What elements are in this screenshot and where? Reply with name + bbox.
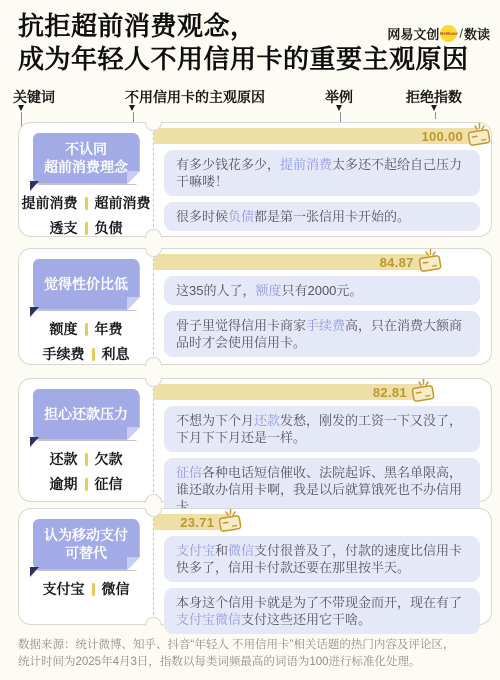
keyword-list: 支付宝微信 [43, 579, 130, 599]
source-line-2: 统计时间为2025年4月3日，指数以每类词频最高的词语为100进行标准化处理。 [18, 656, 421, 668]
keyword: 逾期 [50, 474, 78, 494]
keyword-row: 额度年费 [50, 319, 123, 339]
keyword-row: 支付宝微信 [43, 579, 130, 599]
quote-text: 支付这些还用它干啥。 [241, 612, 371, 627]
example-quote: 本身这个信用卡就是为了不带现金而开，现在有了支付宝微信支付这些还用它干啥。 [164, 588, 480, 634]
keyword: 利息 [102, 344, 130, 364]
example-zone: 23.71 支付宝和微信支付 [154, 509, 491, 634]
quote-text: 有多少钱花多少， [176, 157, 280, 172]
reason-card: 认为移动支付可替代 支付宝微信 23.71 [18, 508, 492, 625]
reason-label: 觉得性价比低 [33, 259, 139, 309]
dashed-divider [153, 132, 154, 227]
index-bar: 84.87 [154, 254, 431, 270]
brand-suffix: 数读 [464, 24, 490, 43]
keyword-zone: 不认同超前消费理念 提前消费超前消费透支负债 [19, 123, 153, 236]
index-bar: 82.81 [154, 384, 424, 400]
connector-index-line [435, 112, 436, 119]
reason-card: 觉得性价比低 额度年费手续费利息 84.87 [18, 248, 492, 365]
keyword: 提前消费 [22, 193, 78, 213]
keyword-row: 透支负债 [50, 218, 123, 238]
reason-label-text: 不认同超前消费理念 [44, 140, 128, 176]
reason-label-text: 觉得性价比低 [44, 275, 128, 293]
keyword: 手续费 [43, 344, 85, 364]
quote-text: 都是第一张信用卡开始的。 [254, 209, 410, 224]
page-title: 抗拒超前消费观念，成为年轻人不用信用卡的重要主观原因 [18, 10, 469, 76]
index-bar: 100.00 [154, 128, 480, 144]
column-header-keywords: 关键词 [13, 87, 55, 107]
example-bubbles: 不想为下个月还款发愁，刚发的工资一下又没了，下月下下月还是一样。征信各种电话短信… [154, 406, 480, 521]
example-quote: 支付宝和微信支付很普及了，付款的速度比信用卡快多了，信用卡付款还要在那里按半天。 [164, 536, 480, 582]
keyword-separator [85, 323, 88, 336]
page-curl-icon [127, 297, 140, 310]
dashed-divider [153, 388, 154, 492]
column-header-reasons: 不用信用卡的主观原因 [125, 87, 265, 107]
keyword-list: 还款欠款逾期征信 [50, 449, 123, 494]
keyword-separator [85, 197, 88, 210]
example-quote: 这35的人了，额度只有2000元。 [164, 276, 480, 305]
example-zone: 100.00 有多少钱花多少 [154, 123, 491, 231]
reason-label: 认为移动支付可替代 [33, 519, 139, 569]
keyword-list: 提前消费超前消费透支负债 [22, 193, 151, 238]
quote-text: 骨子里觉得信用卡商家 [176, 318, 306, 333]
keyword-zone: 担心还款压力 还款欠款逾期征信 [19, 379, 153, 501]
example-quote: 不想为下个月还款发愁，刚发的工资一下又没了，下月下下月还是一样。 [164, 406, 480, 452]
keyword: 负债 [95, 218, 123, 238]
keyword-row: 手续费利息 [43, 344, 130, 364]
quote-text: 和 [215, 543, 228, 558]
column-header-examples: 举例 [325, 87, 353, 107]
index-bar-track: 82.81 [154, 384, 480, 400]
ticket-notch-bottom [145, 357, 162, 366]
example-quote: 有多少钱花多少，提前消费太多还不起给自己压力干嘛喽！ [164, 150, 480, 196]
title-line-1: 抗拒超前消费观念， [18, 11, 257, 41]
keyword: 征信 [95, 474, 123, 494]
reason-card: 担心还款压力 还款欠款逾期征信 82.81 [18, 378, 492, 502]
index-bar-track: 23.71 [154, 514, 480, 530]
keyword-list: 额度年费手续费利息 [43, 319, 130, 364]
keyword-zone: 觉得性价比低 额度年费手续费利息 [19, 249, 153, 364]
keyword: 微信 [102, 579, 130, 599]
infographic-page: 抗拒超前消费观念，成为年轻人不用信用卡的重要主观原因 网易文创 NetEase … [0, 0, 500, 680]
quote-text: 不想为下个月 [176, 413, 254, 428]
highlighted-keyword: 支付宝微信 [176, 612, 241, 627]
reason-label-text: 认为移动支付可替代 [44, 526, 128, 562]
example-bubbles: 支付宝和微信支付很普及了，付款的速度比信用卡快多了，信用卡付款还要在那里按半天。… [154, 536, 480, 634]
discarded-credit-card-icon [464, 119, 494, 146]
reason-label: 担心还款压力 [33, 389, 139, 439]
down-triangle-marker [336, 105, 342, 111]
highlighted-keyword: 负债 [228, 209, 254, 224]
page-curl-icon [127, 171, 140, 184]
highlighted-keyword: 还款 [254, 413, 280, 428]
keyword-row: 逾期征信 [50, 474, 123, 494]
example-bubbles: 这35的人了，额度只有2000元。骨子里觉得信用卡商家手续费高，只在消费大额商品… [154, 276, 480, 357]
dashed-divider [153, 258, 154, 355]
column-header-index: 拒绝指数 [406, 87, 462, 107]
example-zone: 82.81 不想为下个月还款 [154, 379, 491, 521]
keyword: 透支 [50, 218, 78, 238]
reason-label: 不认同超前消费理念 [33, 133, 139, 183]
title-line-2: 成为年轻人不用信用卡的重要主观原因 [18, 44, 469, 74]
keyword-row: 还款欠款 [50, 449, 123, 469]
keyword: 欠款 [95, 449, 123, 469]
highlighted-keyword: 支付宝 [176, 543, 215, 558]
highlighted-keyword: 微信 [228, 543, 254, 558]
page-curl-icon [127, 557, 140, 570]
discarded-credit-card-icon [415, 245, 445, 272]
discarded-credit-card-icon [215, 505, 245, 532]
down-triangle-marker [431, 105, 437, 111]
logo-slash: / [459, 26, 463, 41]
highlighted-keyword: 征信 [176, 465, 202, 480]
index-bar-track: 84.87 [154, 254, 480, 270]
source-line-1: 数据来源：统计微博、知乎、抖音“年轻人 不用信用卡”相关话题的热门内容及评论区， [18, 639, 454, 651]
keyword: 年费 [95, 319, 123, 339]
brand-name: 网易文创 [387, 24, 439, 43]
example-zone: 84.87 这35的人了，额 [154, 249, 491, 357]
keyword: 支付宝 [43, 579, 85, 599]
example-bubbles: 有多少钱花多少，提前消费太多还不起给自己压力干嘛喽！很多时候负债都是第一张信用卡… [154, 150, 480, 231]
keyword-separator [85, 453, 88, 466]
highlighted-keyword: 手续费 [306, 318, 345, 333]
quote-text: 本身这个信用卡就是为了不带现金而开，现在有了 [176, 595, 462, 610]
example-quote: 很多时候负债都是第一张信用卡开始的。 [164, 202, 480, 231]
brand-logo: 网易文创 NetEase / 数读 [387, 24, 490, 43]
index-bar: 23.71 [154, 514, 231, 530]
keyword-zone: 认为移动支付可替代 支付宝微信 [19, 509, 153, 624]
reason-label-text: 担心还款压力 [44, 405, 128, 423]
keyword-separator [85, 478, 88, 491]
keyword: 额度 [50, 319, 78, 339]
quote-text: 很多时候 [176, 209, 228, 224]
example-quote: 骨子里觉得信用卡商家手续费高，只在消费大额商品时才会使用信用卡。 [164, 311, 480, 357]
quote-text: 这35的人了， [176, 283, 255, 298]
dashed-divider [153, 518, 154, 615]
data-source-note: 数据来源：统计微博、知乎、抖音“年轻人 不用信用卡”相关话题的热门内容及评论区，… [18, 637, 480, 671]
highlighted-keyword: 提前消费 [280, 157, 332, 172]
keyword-separator [92, 583, 95, 596]
keyword: 超前消费 [95, 193, 151, 213]
keyword-row: 提前消费超前消费 [22, 193, 151, 213]
keyword: 还款 [50, 449, 78, 469]
page-curl-icon [127, 427, 140, 440]
netease-badge-icon: NetEase [440, 25, 457, 42]
down-triangle-marker [129, 105, 135, 111]
discarded-credit-card-icon [408, 375, 438, 402]
highlighted-keyword: 额度 [255, 283, 281, 298]
quote-text: 只有2000元。 [281, 283, 362, 298]
reason-card: 不认同超前消费理念 提前消费超前消费透支负债 100.00 [18, 122, 492, 237]
index-bar-track: 100.00 [154, 128, 480, 144]
down-triangle-marker [18, 105, 24, 111]
keyword-separator [92, 348, 95, 361]
keyword-separator [85, 222, 88, 235]
